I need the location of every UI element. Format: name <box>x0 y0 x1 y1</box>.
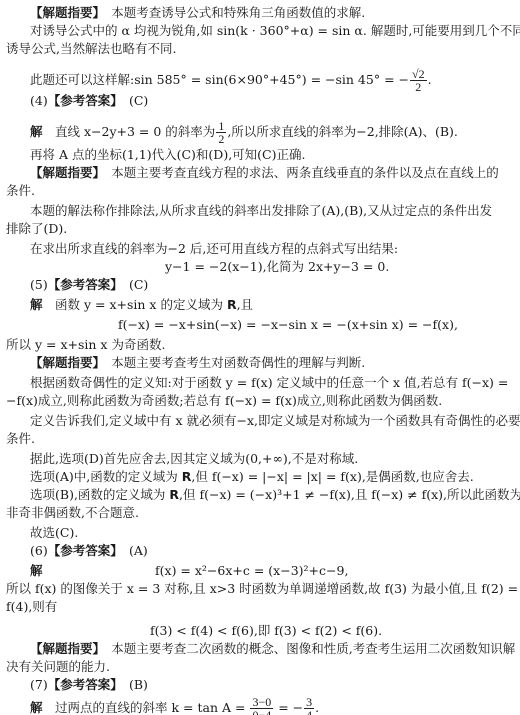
text-line: 解 f(x) = x²−6x+c = (x−3)²+c−9, <box>0 562 520 580</box>
text-line: (5)【参考答案】 (C) <box>0 276 520 294</box>
bold-label: 解 <box>30 563 43 578</box>
text-line: 所以 y = x+sin x 为奇函数. <box>0 336 520 354</box>
text-span: 本题主要考查直线方程的求法、两条直线垂直的条件以及点在直线上的 <box>99 165 499 180</box>
text-span: (5) <box>30 277 48 292</box>
fraction: 34 <box>304 696 314 715</box>
text-line: 选项(A)中,函数的定义域为 R,但 f(−x) = |−x| = |x| = … <box>0 468 520 486</box>
text-line: 在求出所求直线的斜率为−2 后,还可用直线方程的点斜式写出结果: <box>0 240 520 258</box>
text-line: 诱导公式,当然解法也略有不同. <box>0 40 520 58</box>
text-line: 【解题指要】 本题考查诱导公式和特殊角三角函数值的求解. <box>0 4 520 22</box>
text-line: f(3) < f(4) < f(6),即 f(3) < f(2) < f(6). <box>0 622 520 640</box>
bold-label: 解 <box>30 297 43 312</box>
text-line: 【解题指要】 本题主要考查直线方程的求法、两条直线垂直的条件以及点在直线上的 <box>0 164 520 182</box>
text-line: 根据函数奇偶性的定义知:对于函数 y = f(x) 定义域中的任意一个 x 值,… <box>0 374 520 392</box>
text-line: 【解题指要】 本题主要考查二次函数的概念、图像和性质,考查考生运用二次函数知识解 <box>0 640 520 658</box>
text-line: 解 函数 y = x+sin x 的定义域为 R,且 <box>0 296 520 314</box>
text-line: (7)【参考答案】 (B) <box>0 676 520 694</box>
text-span: (B) <box>116 677 147 692</box>
text-span: = − <box>274 700 303 715</box>
text-span: (C) <box>116 277 148 292</box>
text-line: 再将 A 点的坐标(1,1)代入(C)和(D),可知(C)正确. <box>0 146 520 164</box>
text-span: 直线 x−2y+3 = 0 的斜率为 <box>43 124 216 139</box>
text-line: 定义告诉我们,定义域中有 x 就必须有−x,即定义域是对称域为一个函数具有奇偶性… <box>0 412 520 430</box>
bold-label: 【参考答案】 <box>48 277 117 292</box>
text-span: 本题考查诱导公式和特殊角三角函数值的求解. <box>99 5 365 20</box>
text-line: 故选(C). <box>0 524 520 542</box>
text-span: ,且 <box>237 297 253 312</box>
text-span: f(x) = x²−6x+c = (x−3)²+c−9, <box>43 563 349 578</box>
text-line: 解 直线 x−2y+3 = 0 的斜率为12,所以所求直线的斜率为−2,排除(A… <box>0 120 520 138</box>
text-span: 本题主要考查二次函数的概念、图像和性质,考查考生运用二次函数知识解 <box>99 641 515 656</box>
text-line: 条件. <box>0 430 520 448</box>
text-span: 条件. <box>6 183 35 198</box>
text-span: 决有关问题的能力. <box>6 659 110 674</box>
text-span: 在求出所求直线的斜率为−2 后,还可用直线方程的点斜式写出结果: <box>30 241 398 256</box>
text-span: 根据函数奇偶性的定义知:对于函数 y = f(x) 定义域中的任意一个 x 值,… <box>30 375 508 390</box>
bold-label: R <box>169 487 179 502</box>
text-line: 选项(B),函数的定义域为 R,但 f(−x) = (−x)³+1 ≠ −f(x… <box>0 486 520 504</box>
denominator: 0−4 <box>250 709 273 715</box>
text-line: −f(x)成立,则称此函数为奇函数;若总有 f(−x) = f(x)成立,则称此… <box>0 392 520 410</box>
text-span: 本题主要考查考生对函数奇偶性的理解与判断. <box>99 355 365 370</box>
text-span: ,但 f(−x) = |−x| = |x| = f(x),是偶函数,也应舍去. <box>191 469 473 484</box>
fraction: 12 <box>216 120 226 145</box>
text-line: 【解题指要】 本题主要考查考生对函数奇偶性的理解与判断. <box>0 354 520 372</box>
text-line: 本题的解法称作排除法,从所求直线的斜率出发排除了(A),(B),又从过定点的条件… <box>0 202 520 220</box>
text-span: (7) <box>30 677 48 692</box>
fraction: 3−00−4 <box>250 696 273 715</box>
text-line: 此题还可以这样解:sin 585° = sin(6×90°+45°) = −si… <box>0 68 520 86</box>
text-span: 函数 y = x+sin x 的定义域为 <box>43 297 227 312</box>
text-line: 决有关问题的能力. <box>0 658 520 676</box>
text-line: 对诱导公式中的 α 均视为锐角,如 sin(k · 360°+α) = sin … <box>0 22 520 40</box>
text-span: 本题的解法称作排除法,从所求直线的斜率出发排除了(A),(B),又从过定点的条件… <box>30 203 492 218</box>
text-span: 所以 y = x+sin x 为奇函数. <box>6 337 165 352</box>
text-line: 非奇非偶函数,不合题意. <box>0 504 520 522</box>
text-span: 对诱导公式中的 α 均视为锐角,如 sin(k · 360°+α) = sin … <box>30 23 520 38</box>
text-line: 解 过两点的直线的斜率 k = tan A = 3−00−4 = −34. <box>0 696 520 714</box>
text-line: 排除了(D). <box>0 220 520 238</box>
text-line: (4)【参考答案】 (C) <box>0 92 520 110</box>
text-line: f(−x) = −x+sin(−x) = −x−sin x = −(x+sin … <box>0 316 520 334</box>
bold-label: 【参考答案】 <box>48 677 117 692</box>
text-span: (C) <box>116 93 148 108</box>
text-span: y−1 = −2(x−1),化简为 2x+y−3 = 0. <box>165 259 389 274</box>
text-span: 此题还可以这样解:sin 585° = sin(6×90°+45°) = −si… <box>30 72 409 87</box>
denominator: 4 <box>304 709 314 715</box>
text-span: 过两点的直线的斜率 k = tan A = <box>43 700 250 715</box>
text-span: 定义告诉我们,定义域中有 x 就必须有−x,即定义域是对称域为一个函数具有奇偶性… <box>30 413 520 428</box>
denominator: 2 <box>216 133 226 145</box>
text-span: 排除了(D). <box>6 221 67 236</box>
text-span: . <box>428 72 432 87</box>
text-line: 所以 f(x) 的图像关于 x = 3 对称,且 x>3 时函数为单调递增函数,… <box>0 580 520 598</box>
bold-label: 【参考答案】 <box>48 543 117 558</box>
text-span: f(−x) = −x+sin(−x) = −x−sin x = −(x+sin … <box>118 317 458 332</box>
bold-label: 解 <box>30 124 43 139</box>
bold-label: 解 <box>30 700 43 715</box>
text-span: ,但 f(−x) = (−x)³+1 ≠ −f(x),且 f(−x) ≠ f(x… <box>179 487 520 502</box>
fraction: √22 <box>410 68 427 93</box>
text-span: 诱导公式,当然解法也略有不同. <box>6 41 176 56</box>
text-span: ,所以所求直线的斜率为−2,排除(A)、(B). <box>227 124 458 139</box>
text-line: 条件. <box>0 182 520 200</box>
text-line: 据此,选项(D)首先应舍去,因其定义域为(0,+∞),不是对称域. <box>0 450 520 468</box>
text-span: (4) <box>30 93 48 108</box>
bold-label: 【解题指要】 <box>30 5 99 20</box>
text-span: 非奇非偶函数,不合题意. <box>6 505 139 520</box>
bold-label: R <box>227 297 237 312</box>
text-line: (6)【参考答案】 (A) <box>0 542 520 560</box>
text-span: 条件. <box>6 431 35 446</box>
text-span: 再将 A 点的坐标(1,1)代入(C)和(D),可知(C)正确. <box>30 147 305 162</box>
text-span: f(4),则有 <box>6 599 57 614</box>
bold-label: 【解题指要】 <box>30 165 99 180</box>
text-span: (A) <box>116 543 147 558</box>
bold-label: 【解题指要】 <box>30 355 99 370</box>
text-line: y−1 = −2(x−1),化简为 2x+y−3 = 0. <box>0 258 520 276</box>
bold-label: 【解题指要】 <box>30 641 99 656</box>
text-span: 故选(C). <box>30 525 78 540</box>
text-line: f(4),则有 <box>0 598 520 616</box>
text-span: . <box>315 700 319 715</box>
text-span: 据此,选项(D)首先应舍去,因其定义域为(0,+∞),不是对称域. <box>30 451 358 466</box>
text-span: −f(x)成立,则称此函数为奇函数;若总有 f(−x) = f(x)成立,则称此… <box>6 393 442 408</box>
text-span: (6) <box>30 543 48 558</box>
bold-label: 【参考答案】 <box>48 93 117 108</box>
text-span: f(3) < f(4) < f(6),即 f(3) < f(2) < f(6). <box>150 623 382 638</box>
text-span: 选项(B),函数的定义域为 <box>30 487 169 502</box>
bold-label: R <box>182 469 192 484</box>
text-span: 所以 f(x) 的图像关于 x = 3 对称,且 x>3 时函数为单调递增函数,… <box>6 581 518 596</box>
text-span: 选项(A)中,函数的定义域为 <box>30 469 182 484</box>
